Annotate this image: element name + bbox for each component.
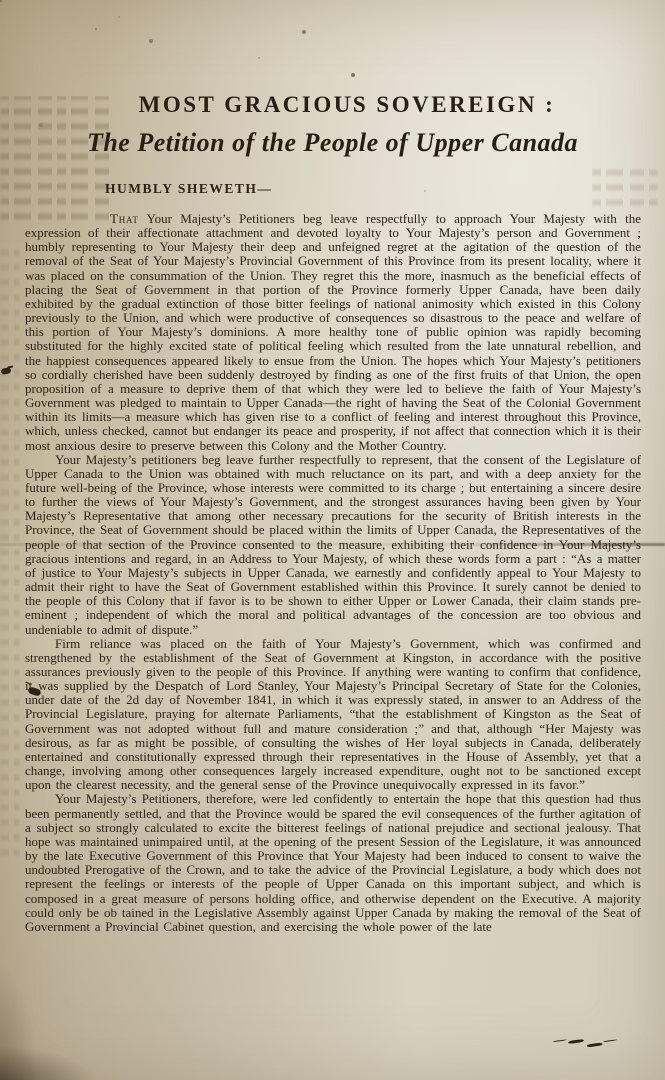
paragraph-3-text: Firm reliance was placed on the faith of… — [25, 636, 641, 793]
paragraph-4: Your Majesty’s Petitioners, therefore, w… — [25, 792, 641, 934]
paragraph-2-text: Your Majesty’s petitioners beg leave fur… — [25, 452, 641, 637]
paper-specks — [0, 0, 2, 2]
bleedthrough-text-right — [592, 168, 658, 210]
page-subtitle: The Petition of the People of Upper Cana… — [0, 128, 665, 158]
paragraph-2: Your Majesty’s petitioners beg leave fur… — [25, 453, 641, 637]
ink-squiggle-bottom-right — [568, 1039, 584, 1044]
paragraph-1: That Your Majesty’s Petitioners beg leav… — [25, 212, 641, 453]
paragraph-1-lead-word: That — [110, 211, 139, 226]
salutation: HUMBLY SHEWETH— — [105, 181, 272, 197]
petition-page: MOST GRACIOUS SOVEREIGN : The Petition o… — [0, 0, 665, 1080]
page-title: MOST GRACIOUS SOVEREIGN : — [39, 92, 655, 118]
petition-body: That Your Majesty’s Petitioners beg leav… — [25, 212, 641, 934]
paragraph-3: Firm reliance was placed on the faith of… — [25, 637, 641, 793]
bleedthrough-text-margin — [0, 240, 20, 860]
bottom-left-corner-shadow — [0, 960, 240, 1080]
paragraph-4-text: Your Majesty’s Petitioners, therefore, w… — [25, 791, 641, 933]
paragraph-1-text: Your Majesty’s Petitioners beg leave res… — [25, 211, 641, 453]
